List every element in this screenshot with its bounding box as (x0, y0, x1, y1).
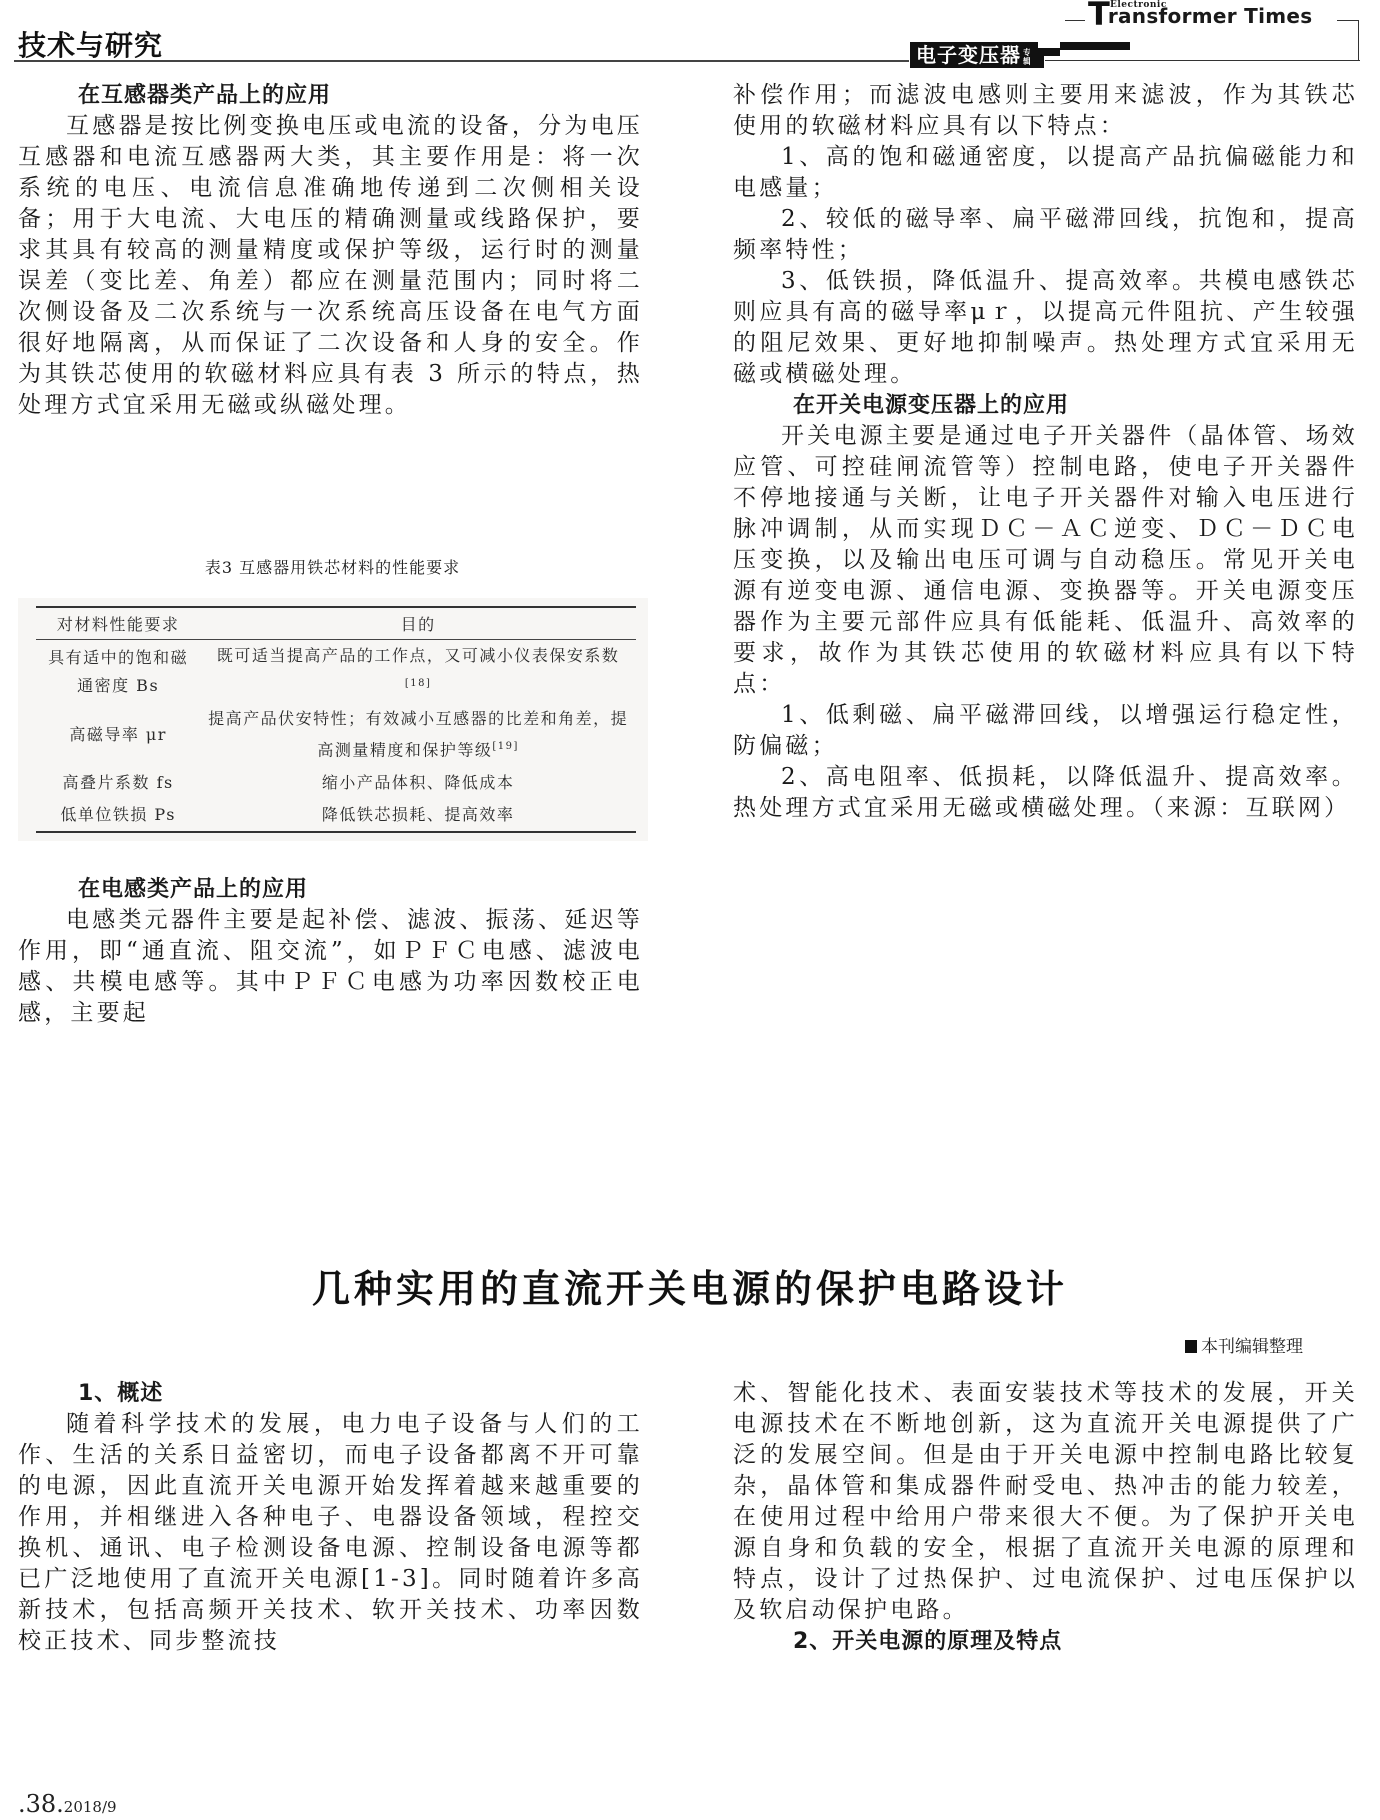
list-item: 1、低剩磁、扁平磁滞回线，以增强运行稳定性，防偏磁； (733, 700, 1358, 762)
citation: [18] (405, 678, 432, 689)
table-header: 目的 (200, 607, 636, 640)
subheading: 在互感器类产品上的应用 (18, 80, 643, 111)
table-cell: 高磁导率 μr (36, 703, 200, 766)
header-rule-left (14, 60, 909, 62)
brand-initial: T (1088, 0, 1110, 28)
materials-table: 对材料性能要求 目的 具有适中的饱和磁通密度 Bs 既可适当提高产品的工作点，又… (36, 606, 636, 833)
table-cell: 低单位铁损 Ps (36, 799, 200, 832)
citation: [19] (492, 741, 519, 752)
article2-left-column: 1、概述 随着科学技术的发展，电力电子设备与人们的工作、生活的关系日益密切，而电… (18, 1378, 643, 1657)
table-cell: 既可适当提高产品的工作点，又可减小仪表保安系数[18] (200, 640, 636, 704)
list-item: 2、高电阻率、低损耗，以降低温升、提高效率。热处理方式宜采用无磁或横磁处理。（来… (733, 762, 1358, 824)
table-cell: 具有适中的饱和磁通密度 Bs (36, 640, 200, 704)
list-item: 2、较低的磁导率、扁平磁滞回线，抗饱和，提高频率特性； (733, 204, 1358, 266)
header-dash-left (1065, 20, 1085, 21)
article1-left-column: 在互感器类产品上的应用 互感器是按比例变换电压或电流的设备，分为电压互感器和电流… (18, 80, 643, 421)
subheading: 2、开关电源的原理及特点 (733, 1626, 1358, 1657)
paragraph: 互感器是按比例变换电压或电流的设备，分为电压互感器和电流互感器两大类，其主要作用… (18, 111, 643, 421)
article1-right-column: 补偿作用；而滤波电感则主要用来滤波，作为其铁芯使用的软磁材料应具有以下特点： 1… (733, 80, 1358, 824)
column-badge: 电子变压器专辑 (910, 42, 1038, 68)
subheading: 在电感类产品上的应用 (18, 874, 643, 905)
article2-right-column: 术、智能化技术、表面安装技术等技术的发展，开关电源技术在不断地创新，这为直流开关… (733, 1378, 1358, 1657)
magazine-brand: TElectronicransformer Times (1088, 0, 1312, 30)
subheading: 在开关电源变压器上的应用 (733, 390, 1358, 421)
table-cell: 缩小产品体积、降低成本 (200, 767, 636, 799)
badge-decoration (1060, 42, 1130, 50)
square-bullet-icon (1185, 1340, 1197, 1353)
cell-text: 提高产品伏安特性；有效减小互感器的比差和角差，提高测量精度和保护等级 (208, 709, 628, 759)
table-cell: 提高产品伏安特性；有效减小互感器的比差和角差，提高测量精度和保护等级[19] (200, 703, 636, 766)
section-label: 技术与研究 (18, 24, 163, 64)
table-cell: 降低铁芯损耗、提高效率 (200, 799, 636, 832)
badge-text: 电子变压器 (916, 43, 1021, 67)
table-container: 对材料性能要求 目的 具有适中的饱和磁通密度 Bs 既可适当提高产品的工作点，又… (18, 598, 648, 841)
table-header: 对材料性能要求 (36, 607, 200, 640)
header-rule-vertical (1358, 20, 1359, 61)
table-row: 高磁导率 μr 提高产品伏安特性；有效减小互感器的比差和角差，提高测量精度和保护… (36, 703, 636, 766)
paragraph: 随着科学技术的发展，电力电子设备与人们的工作、生活的关系日益密切，而电子设备都离… (18, 1409, 643, 1657)
paragraph: 术、智能化技术、表面安装技术等技术的发展，开关电源技术在不断地创新，这为直流开关… (733, 1378, 1358, 1626)
article1-left-column-lower: 在电感类产品上的应用 电感类元器件主要是起补偿、滤波、振荡、延迟等作用，即“通直… (18, 874, 643, 1029)
header-dash-right (1337, 20, 1359, 21)
paragraph: 开关电源主要是通过电子开关器件（晶体管、场效应管、可控硅闸流管等）控制电路，使电… (733, 421, 1358, 700)
issue-date: 2018/9 (64, 1798, 117, 1816)
page-number: .38. (18, 1790, 64, 1818)
header-rule-right (1045, 60, 1360, 61)
byline: 本刊编辑整理 (1185, 1332, 1303, 1357)
page-footer: .38.2018/9 (18, 1790, 117, 1818)
brand-small-text: Electronic (1110, 0, 1167, 10)
table-cell: 高叠片系数 fs (36, 767, 200, 799)
table-row: 高叠片系数 fs 缩小产品体积、降低成本 (36, 767, 636, 799)
article-title: 几种实用的直流开关电源的保护电路设计 (0, 1258, 1380, 1313)
paragraph: 补偿作用；而滤波电感则主要用来滤波，作为其铁芯使用的软磁材料应具有以下特点： (733, 80, 1358, 142)
list-item: 1、高的饱和磁通密度，以提高产品抗偏磁能力和电感量； (733, 142, 1358, 204)
table-caption: 表3 互感器用铁芯材料的性能要求 (20, 555, 645, 578)
list-item: 3、低铁损，降低温升、提高效率。共模电感铁芯则应具有高的磁导率μｒ，以提高元件阻… (733, 266, 1358, 390)
paragraph: 电感类元器件主要是起补偿、滤波、振荡、延迟等作用，即“通直流、阻交流”，如ＰＦＣ… (18, 905, 643, 1029)
subheading: 1、概述 (18, 1378, 643, 1409)
badge-decoration (1030, 55, 1044, 68)
cell-text: 既可适当提高产品的工作点，又可减小仪表保安系数 (217, 646, 620, 665)
table-row: 具有适中的饱和磁通密度 Bs 既可适当提高产品的工作点，又可减小仪表保安系数[1… (36, 640, 636, 704)
table-row: 低单位铁损 Ps 降低铁芯损耗、提高效率 (36, 799, 636, 832)
byline-text: 本刊编辑整理 (1201, 1337, 1303, 1357)
